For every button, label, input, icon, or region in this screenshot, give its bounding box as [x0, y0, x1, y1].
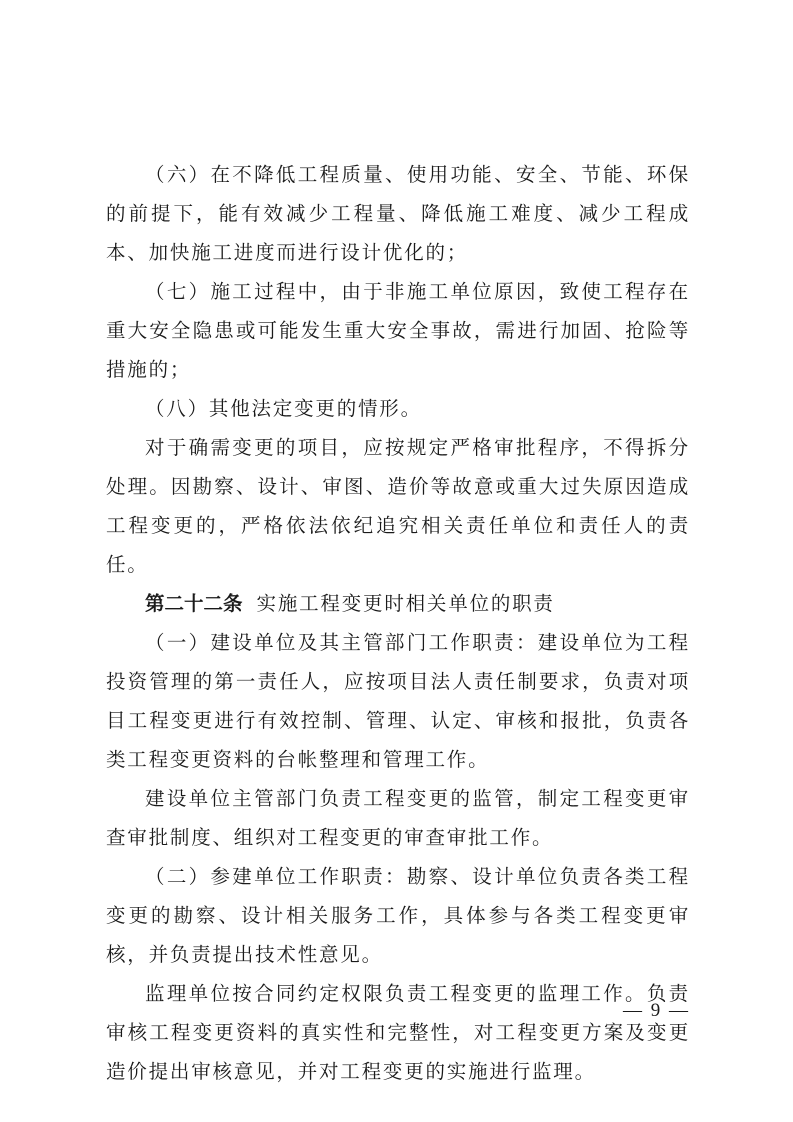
supervision-unit-paragraph: 监理单位按合同约定权限负责工程变更的监理工作。负责审核工程变更资料的真实性和完整…: [106, 974, 690, 1091]
supervisor-dept-paragraph: 建设单位主管部门负责工程变更的监管，制定工程变更审查审批制度、组织对工程变更的审…: [106, 779, 690, 857]
clause-item-6: （六）在不降低工程质量、使用功能、安全、节能、环保的前提下，能有效减少工程量、降…: [106, 155, 690, 272]
article-number: 第二十二条: [145, 592, 243, 615]
clause-item-8: （八）其他法定变更的情形。: [106, 389, 690, 428]
clause-item-7: （七）施工过程中，由于非施工单位原因，致使工程存在重大安全隐患或可能发生重大安全…: [106, 272, 690, 389]
document-body: （六）在不降低工程质量、使用功能、安全、节能、环保的前提下，能有效减少工程量、降…: [106, 155, 690, 1091]
duty-item-1: （一）建设单位及其主管部门工作职责：建设单位为工程投资管理的第一责任人，应按项目…: [106, 623, 690, 779]
duty-item-2: （二）参建单位工作职责：勘察、设计单位负责各类工程变更的勘察、设计相关服务工作，…: [106, 857, 690, 974]
document-page: （六）在不降低工程质量、使用功能、安全、节能、环保的前提下，能有效减少工程量、降…: [0, 0, 793, 1122]
article-heading: 第二十二条实施工程变更时相关单位的职责: [106, 584, 690, 623]
article-title: 实施工程变更时相关单位的职责: [257, 592, 555, 615]
approval-paragraph: 对于确需变更的项目，应按规定严格审批程序，不得拆分处理。因勘察、设计、审图、造价…: [106, 428, 690, 584]
page-number: — 9 —: [610, 1000, 690, 1022]
